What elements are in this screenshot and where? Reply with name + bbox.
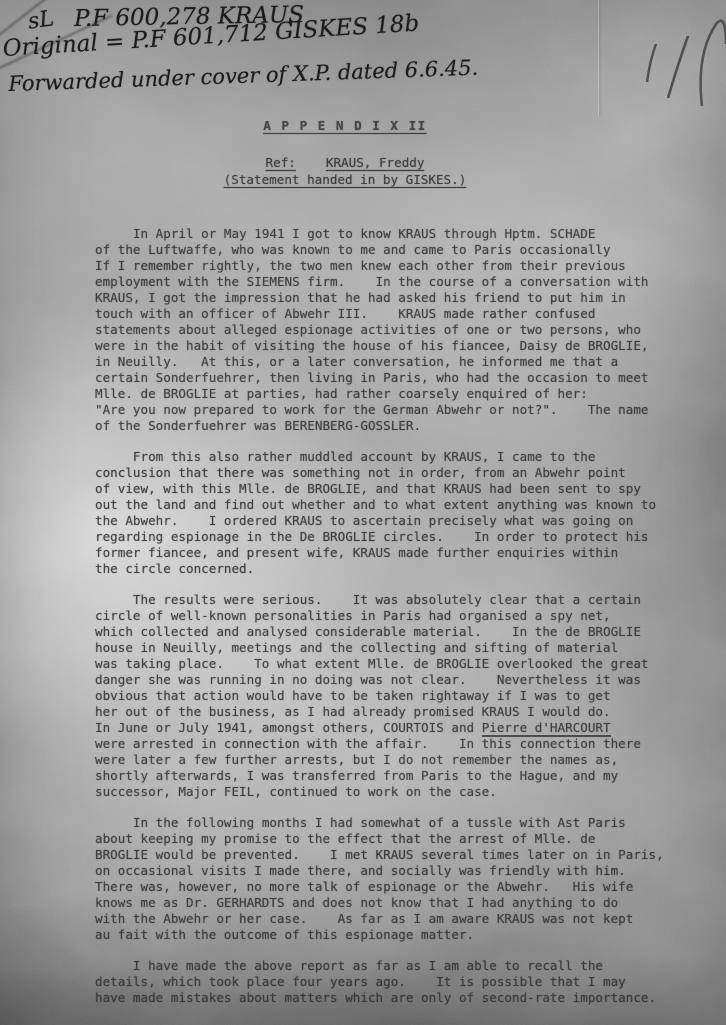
ref-value: KRAUS, Freddy [326, 155, 425, 170]
appendix-title: A P P E N D I X II [95, 118, 595, 134]
reference-line: Ref:KRAUS, Freddy [95, 154, 595, 171]
paper-crease [598, 0, 599, 116]
paragraph-2: From this also rather muddled account by… [95, 449, 695, 577]
paragraph-4: In the following months I had somewhat o… [95, 815, 695, 943]
handwritten-annotation-3: Forwarded under cover of X.P. dated 6.6.… [8, 56, 479, 96]
paragraph-3: The results were serious. It was absolut… [95, 592, 695, 800]
statement-note: (Statement handed in by GISKES.) [95, 171, 595, 188]
underlined-name-pierre-dharcourt: Pierre d'HARCOURT [482, 720, 611, 737]
typed-content: A P P E N D I X II Ref:KRAUS, Freddy (St… [95, 118, 695, 1021]
typed-heading: A P P E N D I X II Ref:KRAUS, Freddy (St… [95, 118, 595, 188]
scanned-document-page: sL P.F 600,278 KRAUS Original = P.F 601,… [0, 0, 726, 1025]
ref-label: Ref: [266, 155, 296, 170]
handwritten-file-mark: sL [26, 6, 55, 34]
paragraph-5: I have made the above report as far as I… [95, 958, 695, 1006]
paragraph-3-text-cont: were arrested in connection with the aff… [95, 736, 641, 799]
paragraph-3-text: The results were serious. It was absolut… [95, 592, 649, 735]
paragraph-1: In April or May 1941 I got to know KRAUS… [95, 226, 695, 434]
